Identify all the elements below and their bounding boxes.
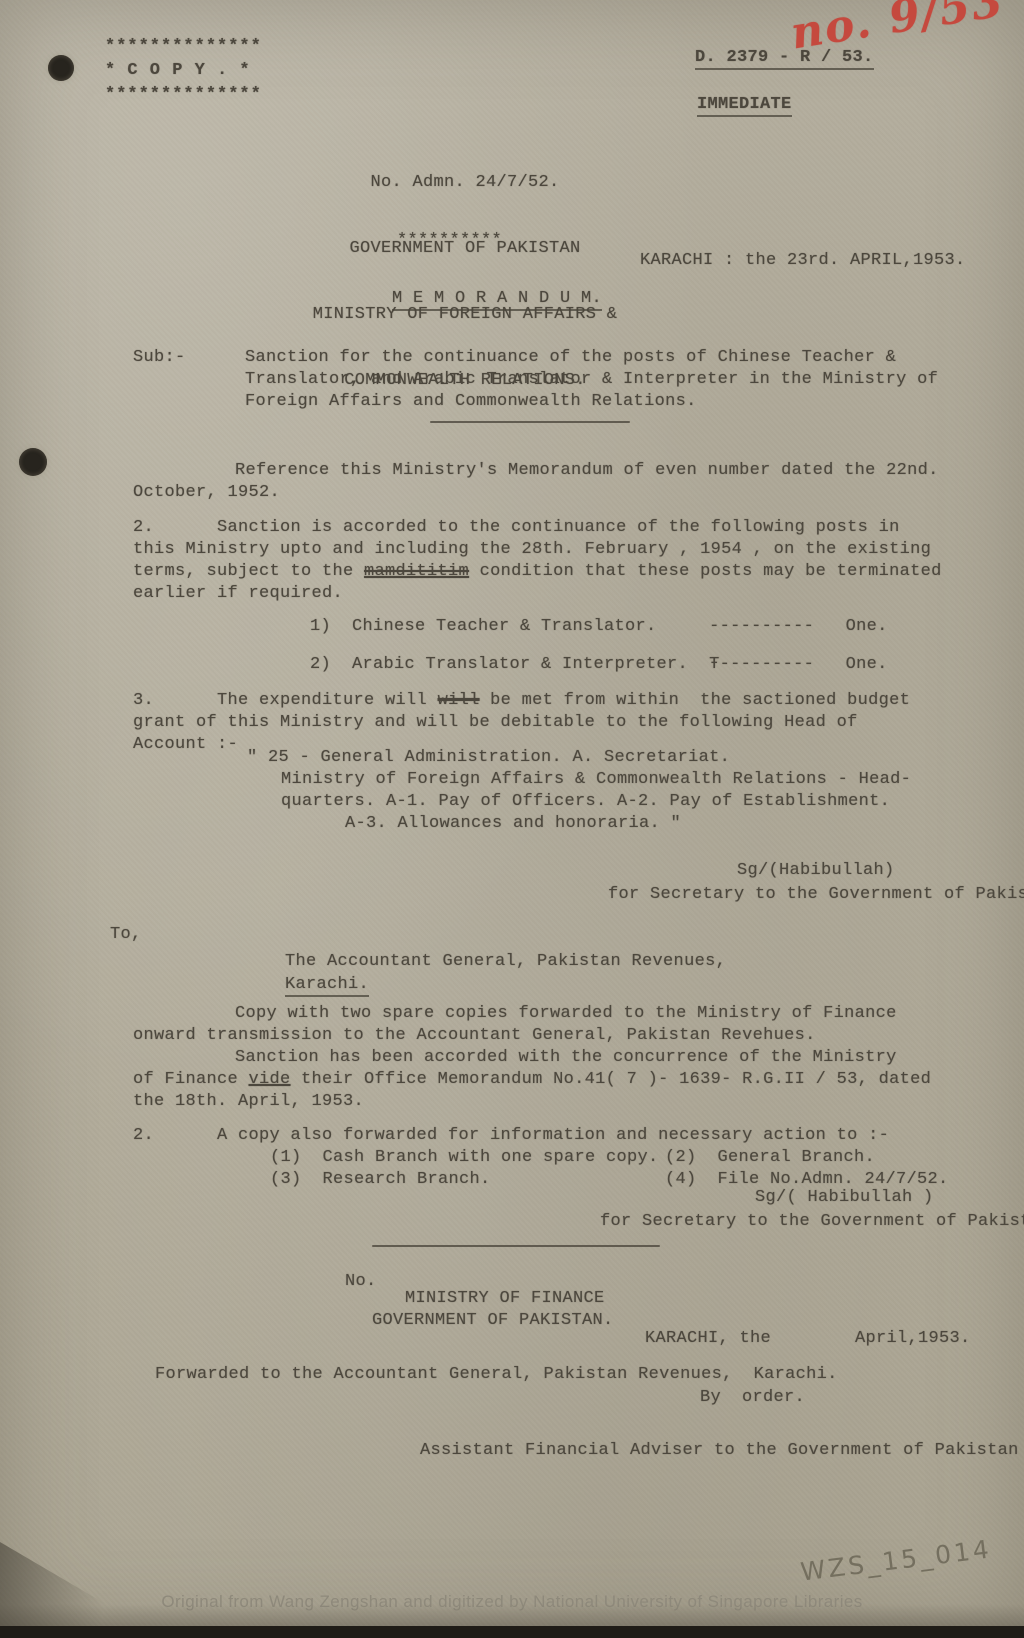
para3-line1-post: be met from within the sactioned budget [480, 691, 911, 710]
scan-edge-strip [0, 1626, 1024, 1638]
punch-hole-middle [19, 448, 47, 476]
para2-line2: this Ministry upto and including the 28t… [133, 539, 931, 561]
letterhead-star-divider: ********** [397, 230, 502, 252]
forwarding-line4: of Finance vide their Office Memorandum … [133, 1069, 931, 1091]
vide-underlined: vide [249, 1070, 291, 1089]
priority-marking: IMMEDIATE [697, 95, 792, 117]
forwarding-line3: Sanction has been accorded with the conc… [235, 1047, 897, 1069]
signature2-sg: Sg/( Habibullah ) [755, 1187, 934, 1209]
signature1-sg: Sg/(Habibullah) [737, 860, 895, 882]
account-line2: Ministry of Foreign Affairs & Commonweal… [281, 769, 911, 791]
forwarding-line5: the 18th. April, 1953. [133, 1091, 364, 1113]
account-line1: " 25 - General Administration. A. Secret… [247, 747, 730, 769]
para3-line3: Account :- [133, 734, 238, 756]
signature1-designation: for Secretary to the Government of Pakis… [608, 884, 1024, 906]
finance-ministry: MINISTRY OF FINANCE [405, 1288, 605, 1310]
para3-line2: grant of this Ministry and will be debit… [133, 712, 858, 734]
para3-line1-pre: 3. The expenditure will [133, 691, 438, 710]
para1-line2: October, 1952. [133, 482, 280, 504]
subject-line3: Foreign Affairs and Commonwealth Relatio… [245, 391, 697, 413]
para2-line3: terms, subject to the mamdititim conditi… [133, 561, 942, 583]
section-divider-line [372, 1245, 660, 1247]
forwarding-para2: 2. A copy also forwarded for information… [133, 1125, 889, 1147]
copy-stamp-label: * C O P Y . * [105, 60, 251, 82]
account-line3: quarters. A-1. Pay of Officers. A-2. Pay… [281, 791, 890, 813]
copy-stamp-border-bottom: ************** [105, 84, 262, 106]
para3-line1: 3. The expenditure will will be met from… [133, 690, 910, 712]
finance-by-order: By order. [700, 1387, 805, 1409]
copy-stamp-border-top: ************** [105, 36, 262, 58]
finance-no-label: No. [345, 1271, 377, 1293]
finance-place-date: KARACHI, the April,1953. [645, 1328, 971, 1350]
letterhead-memo-no: No. Admn. 24/7/52. [240, 172, 690, 194]
post-item-1: 1) Chinese Teacher & Translator. -------… [310, 616, 888, 638]
paper-edge-shadow [0, 1604, 1024, 1628]
para2-line1: 2. Sanction is accorded to the continuan… [133, 517, 900, 539]
para2-line4: earlier if required. [133, 583, 343, 605]
forwarding-line1: Copy with two spare copies forwarded to … [235, 1003, 897, 1025]
account-line4: A-3. Allowances and honoraria. " [345, 813, 681, 835]
forwarding-line4-pre: of Finance [133, 1070, 249, 1089]
addressee-city: Karachi. [285, 975, 369, 997]
place-and-date: KARACHI : the 23rd. APRIL,1953. [640, 250, 966, 272]
document-reference-number: D. 2379 - R / 53. [695, 48, 874, 70]
struck-out-will: will [438, 691, 480, 710]
punch-hole-top [48, 55, 74, 81]
forwarding-line4-post: their Office Memorandum No.41( 7 )- 1639… [291, 1070, 932, 1089]
post-item-2: 2) Arabic Translator & Interpreter. Ŧ---… [310, 654, 888, 676]
signature2-designation: for Secretary to the Government of Pakis… [600, 1211, 1024, 1233]
addressee-to-label: To, [110, 924, 142, 946]
finance-signoff: Assistant Financial Adviser to the Gover… [420, 1440, 1019, 1462]
para2-line3-pre: terms, subject to the [133, 562, 364, 581]
finance-forwarded-line: Forwarded to the Accountant General, Pak… [155, 1364, 838, 1386]
para2-line3-post: condition that these posts may be termin… [469, 562, 942, 581]
forwarding-line2: onward transmission to the Accountant Ge… [133, 1025, 816, 1047]
subject-line1: Sanction for the continuance of the post… [245, 347, 896, 369]
addressee-line1: The Accountant General, Pakistan Revenue… [285, 951, 726, 973]
finance-government: GOVERNMENT OF PAKISTAN. [372, 1310, 614, 1332]
subject-label: Sub:- [133, 347, 186, 369]
document-page: no. 9/53 ************** * C O P Y . * **… [0, 0, 1024, 1638]
struck-out-typo: mamdititim [364, 562, 469, 581]
subject-divider-line [430, 421, 630, 423]
distribution-item-1: (1) Cash Branch with one spare copy. [270, 1147, 659, 1169]
para1-line1: Reference this Ministry's Memorandum of … [235, 460, 939, 482]
subject-line2: Translator, and Arabic Translator & Inte… [245, 369, 938, 391]
pencil-archive-code: WZS_15_014 [799, 1534, 993, 1586]
memorandum-title: M E M O R A N D U M. [392, 289, 602, 311]
distribution-item-2: (2) General Branch. [665, 1147, 875, 1169]
distribution-item-3: (3) Research Branch. [270, 1169, 491, 1191]
